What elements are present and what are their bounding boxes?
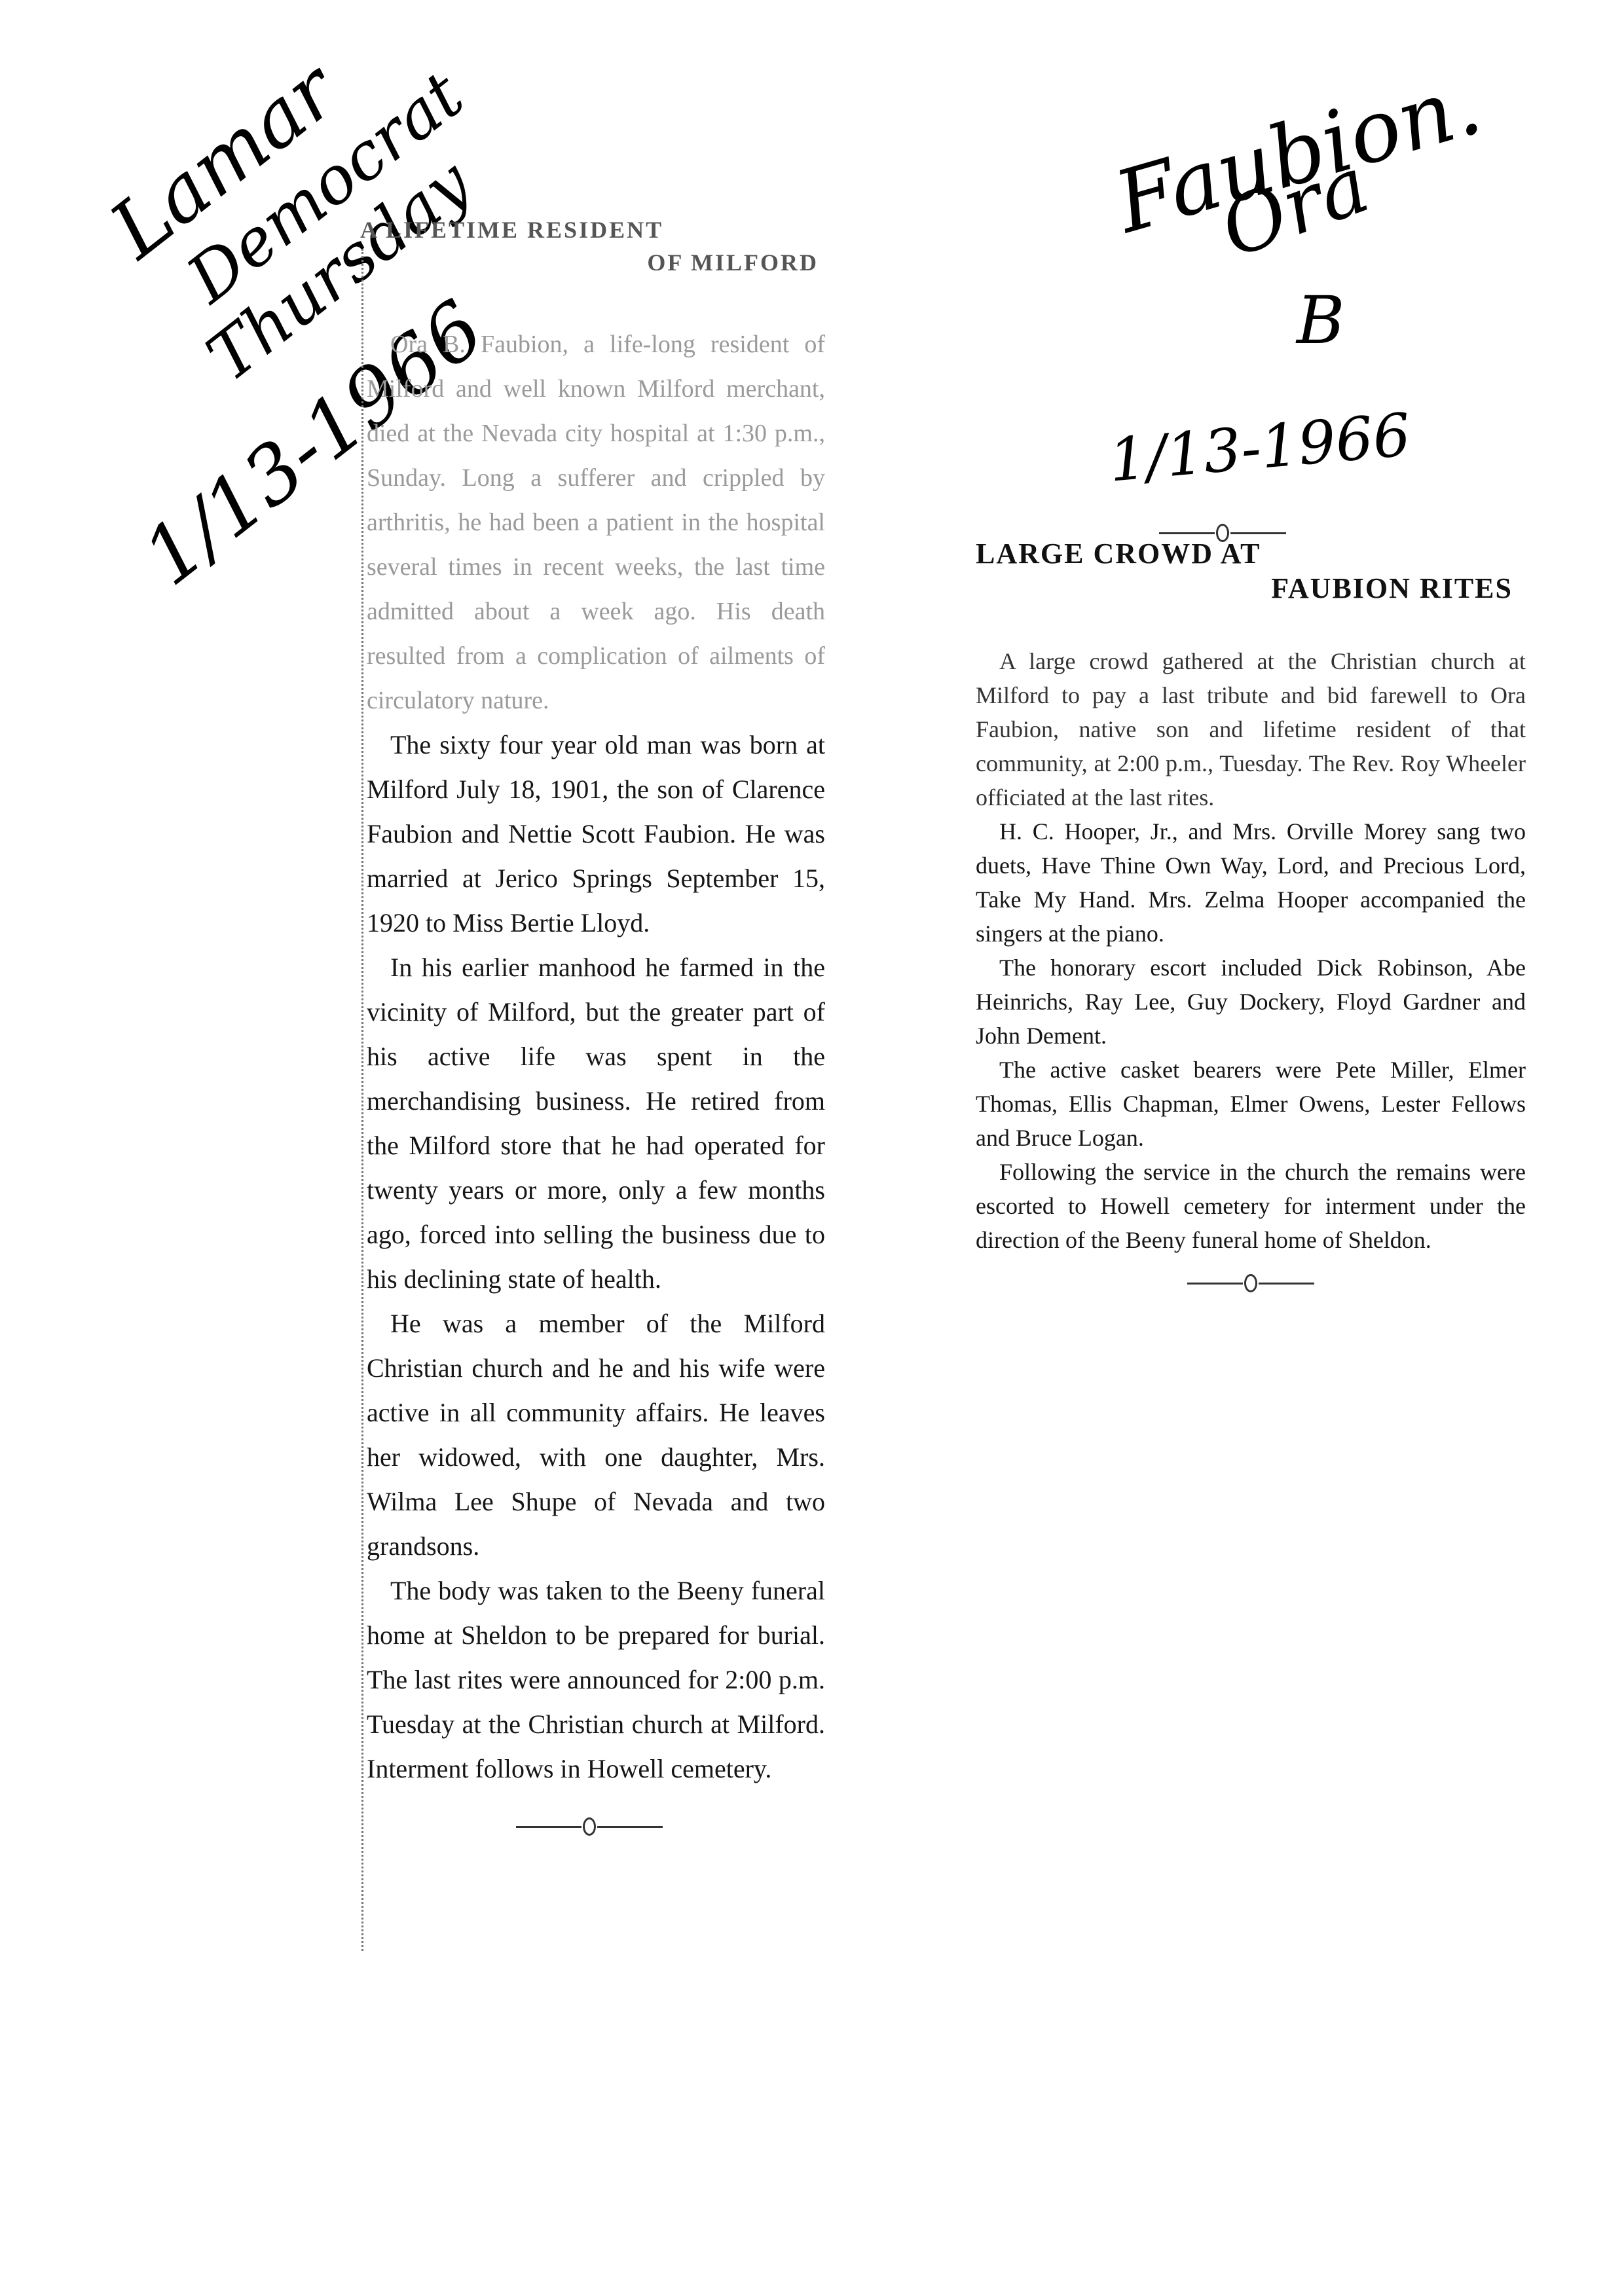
headline-line-1: A Lifetime Resident	[354, 216, 825, 244]
handwritten-date-right: 1/13-1966	[1107, 406, 1413, 491]
paragraph-birth-marriage: The sixty four year old man was born at …	[367, 723, 825, 945]
end-of-article-separator	[976, 1274, 1526, 1292]
separator-line	[516, 1826, 581, 1828]
paragraph-funeral-arrangements: The body was taken to the Beeny funeral …	[367, 1569, 825, 1791]
paragraph-career: In his earlier manhood he farmed in the …	[367, 945, 825, 1302]
paragraph-honorary-escort: The honorary escort included Dick Robins…	[976, 951, 1526, 1053]
funeral-headline: Large Crowd At Faubion Rites	[976, 537, 1526, 605]
obituary-clipping: A Lifetime Resident of Milford Ora B. Fa…	[354, 216, 825, 1836]
separator-line	[1187, 1283, 1243, 1285]
paragraph-death-notice: Ora B. Faubion, a life-long resident of …	[367, 322, 825, 723]
handwritten-middle-initial: B	[1297, 288, 1345, 354]
separator-line	[1159, 532, 1215, 534]
paragraph-music: H. C. Hooper, Jr., and Mrs. Orville More…	[976, 814, 1526, 951]
separator-line	[1230, 532, 1286, 534]
obituary-body: Ora B. Faubion, a life-long resident of …	[354, 322, 825, 1791]
separator-circle-icon	[583, 1817, 596, 1836]
paragraph-casket-bearers: The active casket bearers were Pete Mill…	[976, 1053, 1526, 1155]
end-of-article-separator	[354, 1817, 825, 1836]
headline-line-2: of Milford	[354, 249, 825, 276]
funeral-body: A large crowd gathered at the Christian …	[976, 644, 1526, 1257]
separator-circle-icon	[1244, 1274, 1257, 1292]
funeral-report-clipping: Large Crowd At Faubion Rites A large cro…	[976, 537, 1526, 1292]
separator-line	[1259, 1283, 1314, 1285]
paragraph-service: A large crowd gathered at the Christian …	[976, 644, 1526, 814]
headline-line-1: Large Crowd At	[976, 537, 1526, 570]
paragraph-interment: Following the service in the church the …	[976, 1155, 1526, 1257]
separator-line	[597, 1826, 663, 1828]
obituary-headline: A Lifetime Resident of Milford	[354, 216, 825, 276]
headline-line-2: Faubion Rites	[976, 572, 1526, 605]
paragraph-church-survivors: He was a member of the Milford Christian…	[367, 1302, 825, 1569]
